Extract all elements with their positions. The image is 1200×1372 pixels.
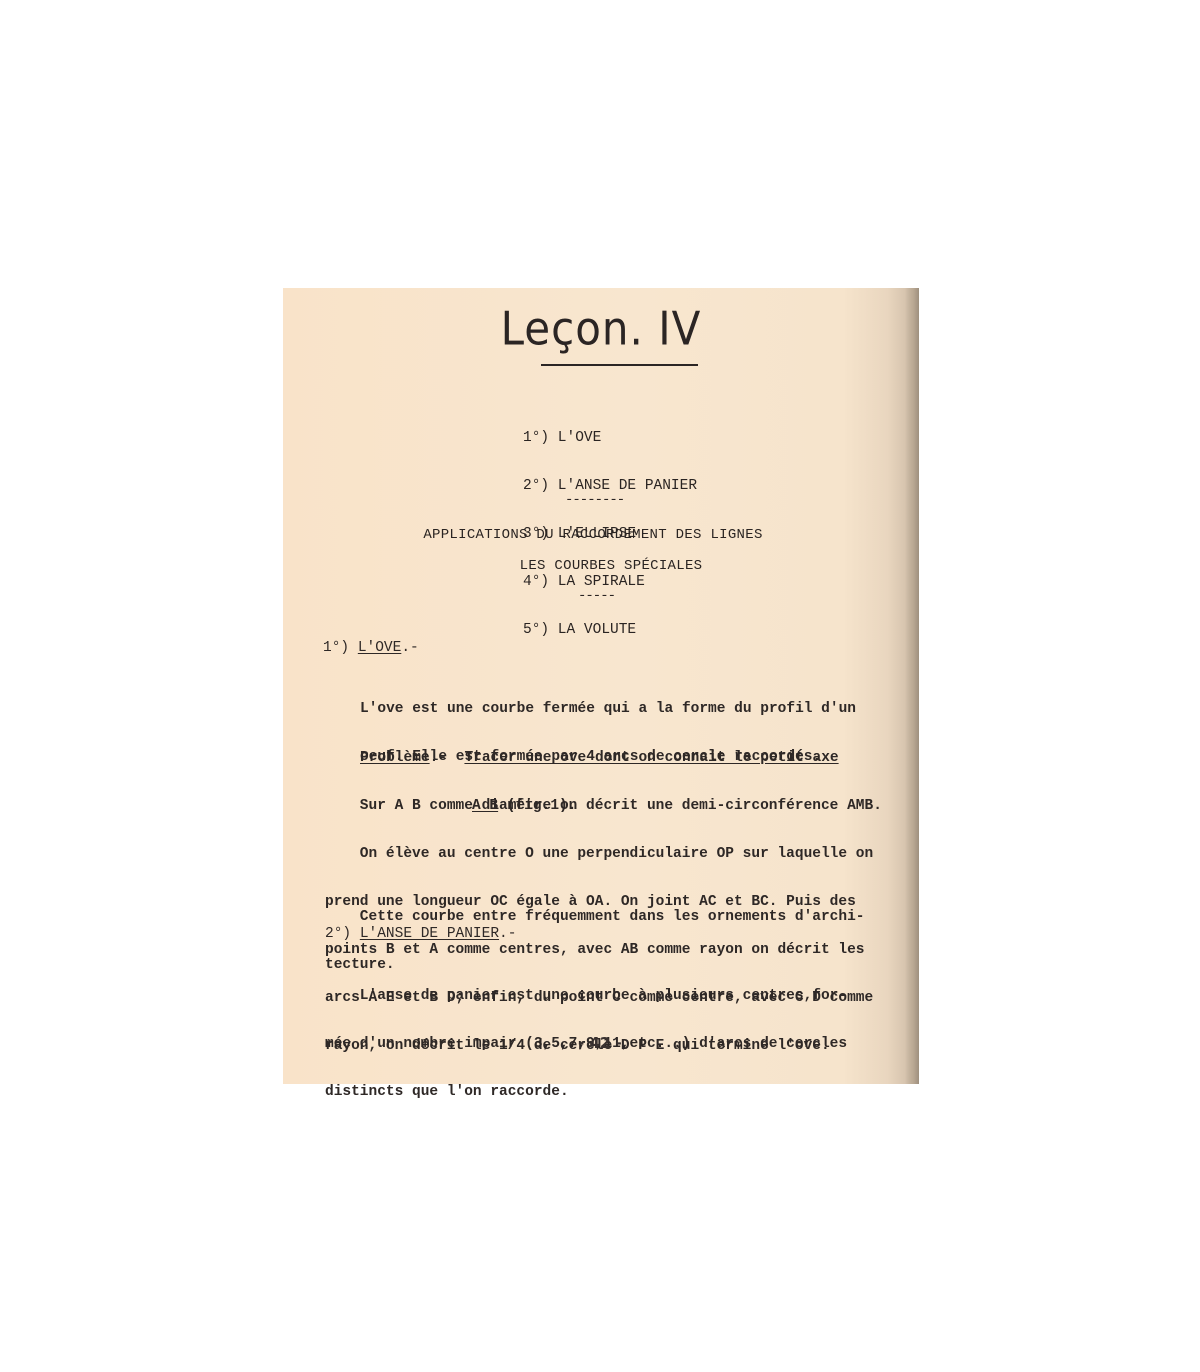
- text-line: distincts que l'on raccorde.: [325, 1084, 847, 1100]
- section-heading-ove: 1°) L'OVE.-: [323, 640, 419, 656]
- section-number: 2°): [325, 926, 351, 942]
- text-line: On élève au centre O une perpendiculaire…: [325, 846, 882, 862]
- section-title-suffix: .-: [401, 640, 418, 656]
- problem-label: Problème: [360, 750, 430, 766]
- text-line: Sur A B comme diamètre on décrit une dem…: [325, 798, 882, 814]
- page-number: - 42 -: [578, 1034, 622, 1052]
- scanned-page: Leçon. IV 1°) L'OVE 2°) L'ANSE DE PANIER…: [283, 288, 919, 1084]
- section-number: 1°): [323, 640, 349, 656]
- subtitle-courbes: LES COURBES SPÉCIALES: [301, 558, 921, 574]
- subtitle-applications: APPLICATIONS DU RACCORDEMENT DES LIGNES: [283, 527, 903, 543]
- section-heading-anse: 2°) L'ANSE DE PANIER.-: [325, 926, 516, 942]
- lesson-title: Leçon. IV: [283, 302, 919, 356]
- title-underline: [541, 364, 698, 366]
- separator: -----: [578, 588, 615, 604]
- section-title: L'ANSE DE PANIER: [360, 926, 499, 942]
- page-binding-shadow: [905, 288, 919, 1084]
- text-line: L'anse de panier est une courbe à plusie…: [325, 988, 847, 1004]
- toc-item: 5°) LA VOLUTE: [523, 622, 697, 638]
- toc-item: 1°) L'OVE: [523, 430, 697, 446]
- text-line: Cette courbe entre fréquemment dans les …: [325, 909, 865, 925]
- problem-label-suffix: .-: [430, 750, 447, 766]
- text-line: L'ove est une courbe fermée qui a la for…: [360, 701, 856, 717]
- separator: --------: [565, 492, 624, 508]
- section-title-suffix: .-: [499, 926, 516, 942]
- section-title: L'OVE: [358, 640, 402, 656]
- problem-text: Tracer une ove dont on connait le petit …: [464, 750, 838, 766]
